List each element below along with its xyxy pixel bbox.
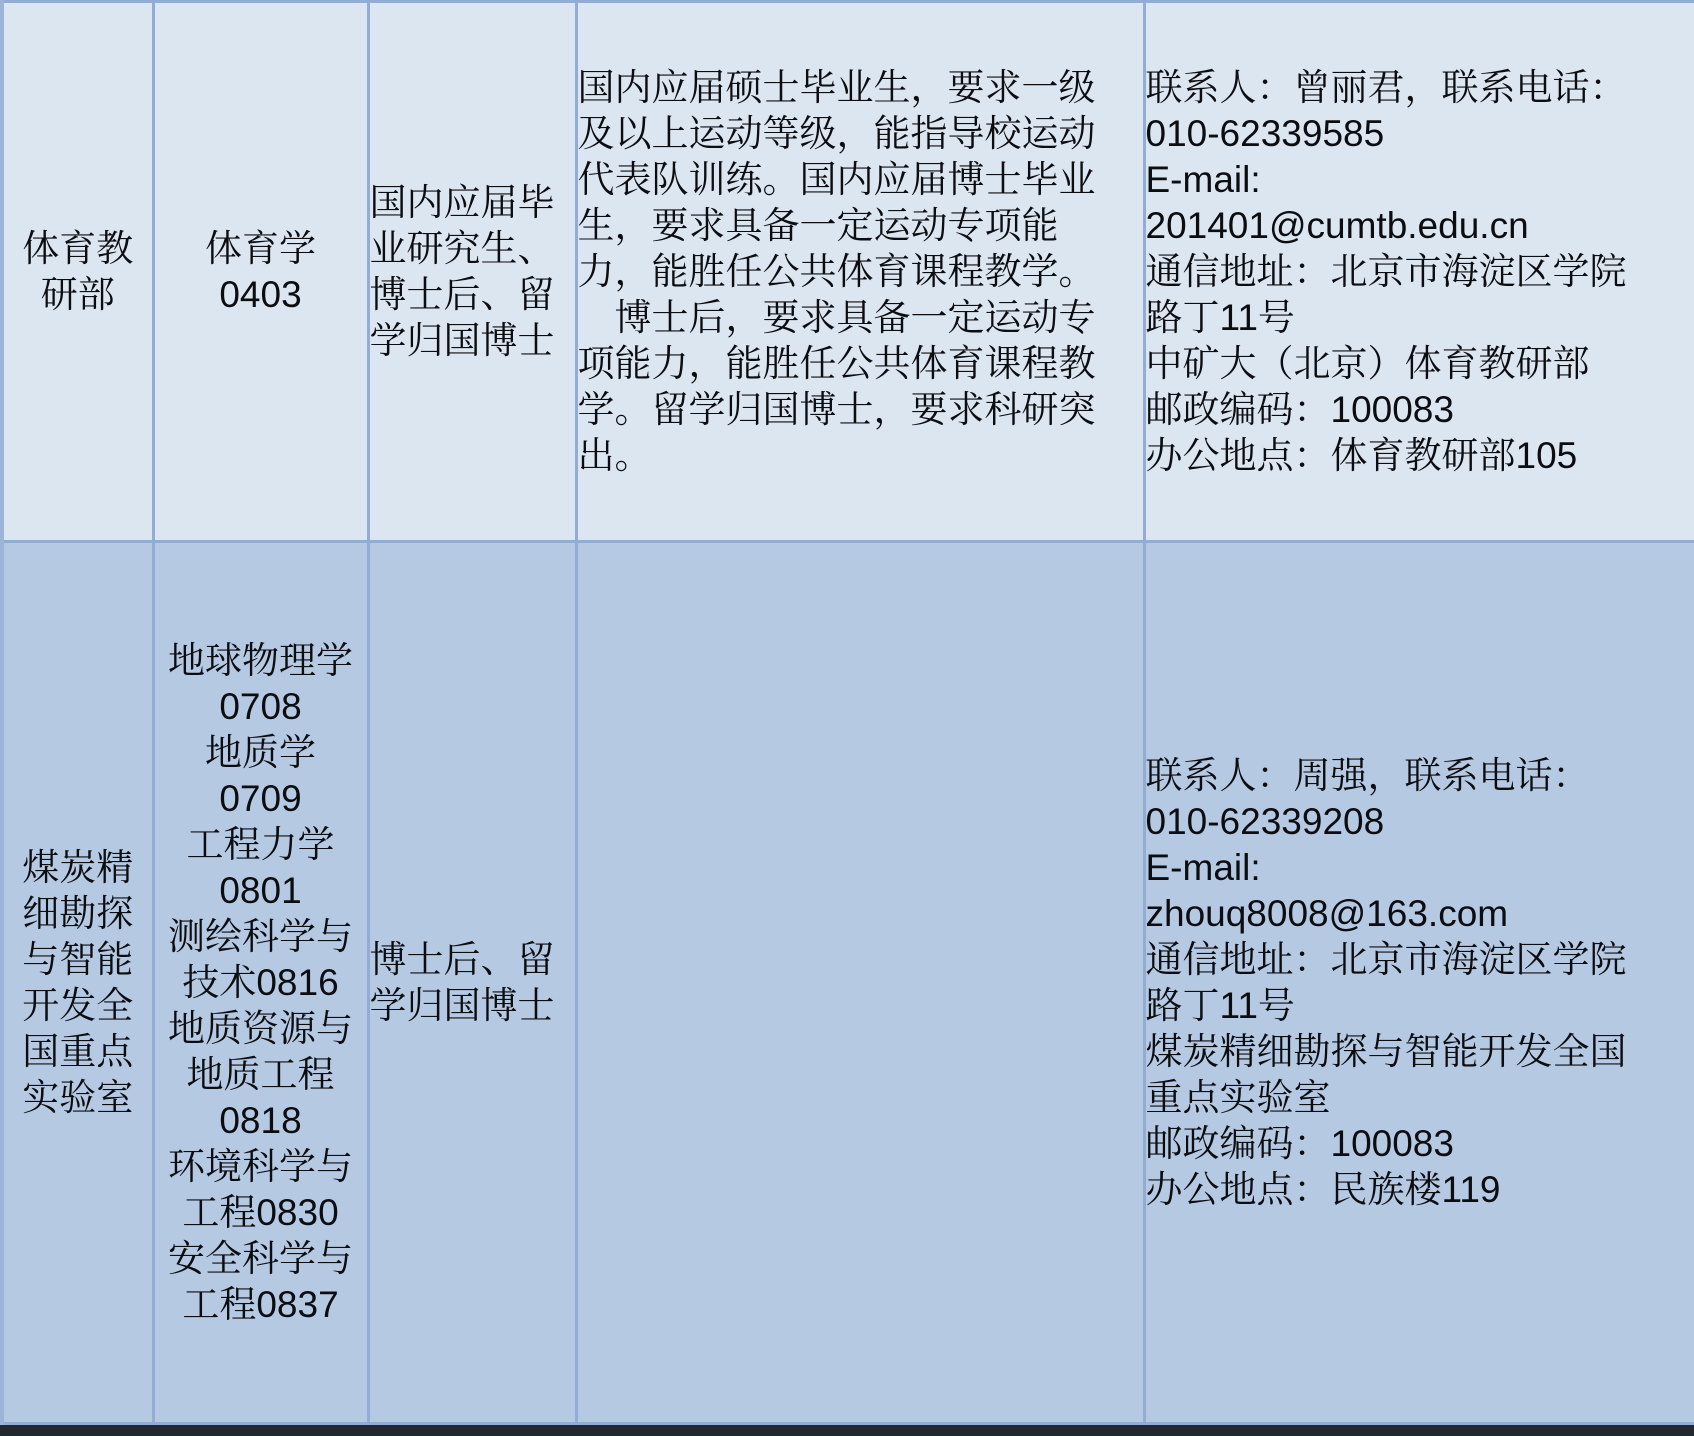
cell-contact-coal-lab: 联系人：周强，联系电话： 010-62339208 E-mail: zhouq8…	[1144, 542, 1694, 1424]
cell-requirements-coal-lab	[576, 542, 1144, 1424]
screenshot-bottom-edge	[0, 1425, 1694, 1436]
table-row: 体育教 研部 体育学 0403 国内应届毕 业研究生、 博士后、留 学归国博士 …	[2, 2, 1694, 542]
cell-eligibility-sports: 国内应届毕 业研究生、 博士后、留 学归国博士	[368, 2, 576, 542]
cell-contact-sports: 联系人：曾丽君，联系电话： 010-62339585 E-mail: 20140…	[1144, 2, 1694, 542]
cell-department-coal-lab: 煤炭精 细勘探 与智能 开发全 国重点 实验室	[2, 542, 153, 1424]
cell-discipline-coal-lab: 地球物理学 0708 地质学 0709 工程力学 0801 测绘科学与 技术08…	[153, 542, 368, 1424]
cell-eligibility-coal-lab: 博士后、留 学归国博士	[368, 542, 576, 1424]
recruitment-table: 体育教 研部 体育学 0403 国内应届毕 业研究生、 博士后、留 学归国博士 …	[0, 0, 1694, 1425]
cell-department-sports: 体育教 研部	[2, 2, 153, 542]
cell-requirements-sports: 国内应届硕士毕业生，要求一级 及以上运动等级，能指导校运动 代表队训练。国内应届…	[576, 2, 1144, 542]
table-row: 煤炭精 细勘探 与智能 开发全 国重点 实验室 地球物理学 0708 地质学 0…	[2, 542, 1694, 1424]
cell-discipline-sports: 体育学 0403	[153, 2, 368, 542]
document-page: 体育教 研部 体育学 0403 国内应届毕 业研究生、 博士后、留 学归国博士 …	[0, 0, 1694, 1436]
